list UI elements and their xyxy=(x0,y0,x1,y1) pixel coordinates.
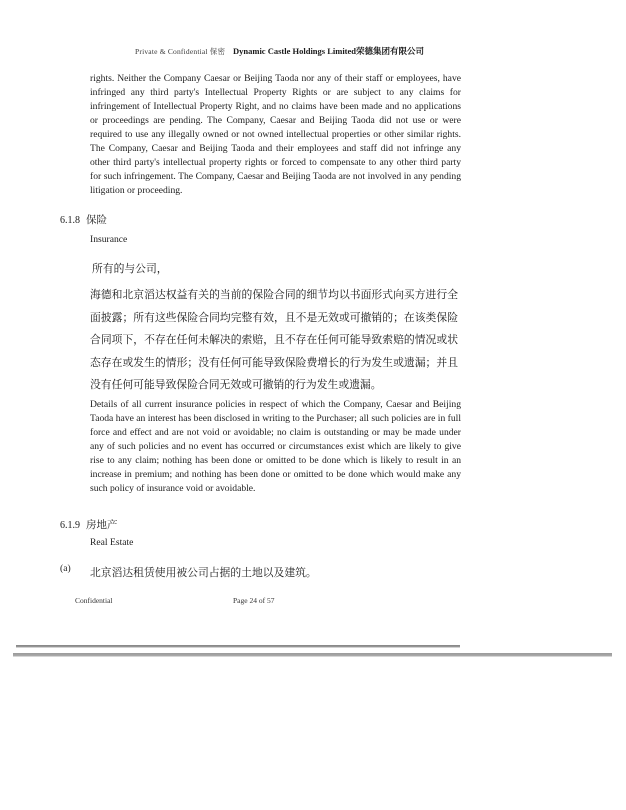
footer-page-number: Page 24 of 57 xyxy=(233,596,274,605)
list-item-marker: (a) xyxy=(60,563,90,574)
insurance-intro-chinese: 所有的与公司， xyxy=(92,261,168,276)
list-item-text: 北京滔达租赁使用被公司占据的土地以及建筑。 xyxy=(90,567,317,579)
section-number: 6.1.9 xyxy=(60,520,80,531)
paragraph-intellectual-property: rights. Neither the Company Caesar or Be… xyxy=(90,72,461,198)
section-title-chinese: 保险 xyxy=(86,215,107,226)
header-classification: Private & Confidential 保密 xyxy=(135,46,225,57)
paragraph-insurance-chinese: 海德和北京滔达权益有关的当前的保险合同的细节均以书面形式向买方进行全面披露；所有… xyxy=(90,284,458,397)
section-heading-6-1-9: 6.1.9房地产 xyxy=(60,517,118,532)
footer-confidential-label: Confidential xyxy=(75,596,113,605)
horizontal-divider-bar-bottom xyxy=(13,653,612,657)
section-title-english-real-estate: Real Estate xyxy=(90,537,133,548)
section-title-chinese: 房地产 xyxy=(86,520,118,531)
list-item-a: (a)北京滔达租赁使用被公司占据的土地以及建筑。 xyxy=(60,563,460,581)
section-heading-6-1-8: 6.1.8保险 xyxy=(60,212,107,227)
header-company-name: Dynamic Castle Holdings Limited荣德集团有限公司 xyxy=(233,45,424,57)
document-page: Private & Confidential 保密 Dynamic Castle… xyxy=(0,0,626,810)
section-title-english-insurance: Insurance xyxy=(90,234,127,245)
section-number: 6.1.8 xyxy=(60,215,80,226)
paragraph-insurance-english: Details of all current insurance policie… xyxy=(90,398,461,496)
horizontal-divider-bar-top xyxy=(16,645,460,648)
